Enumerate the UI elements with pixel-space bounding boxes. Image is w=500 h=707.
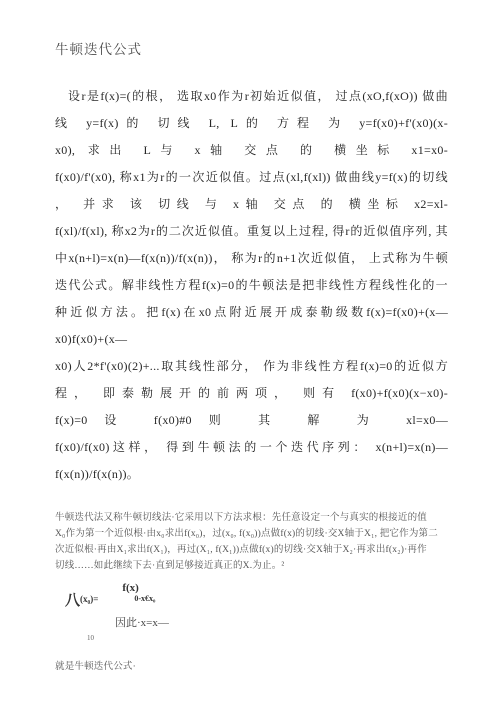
- main-text-line: x0)f(x0)+(x—: [55, 326, 448, 353]
- page-title: 牛顿迭代公式: [55, 38, 448, 58]
- formula-subscript-note: 10: [87, 634, 448, 642]
- main-text-line: 迭代公式。解非线性方程f(x)=0的牛顿法是把非线性方程线性化的一: [55, 272, 448, 299]
- main-text-line: f(x)=0设 f(x0)#0则 其 解 为 xl=x0—: [55, 407, 448, 434]
- main-text-line: f(x0)/f(x0)这样， 得到牛顿法的一个迭代序列： x(n+l)=x(n)…: [55, 434, 448, 461]
- main-text-line: ， 并求 该 切线 与 x轴 交点 的 横坐标 x2=xl-: [55, 191, 448, 218]
- footnote-text-line: 牛顿迭代法又称牛顿切线法·它采用以下方法求根：先任意设定一个与真实的根接近的值: [55, 510, 467, 526]
- main-text-line: 种近似方法。把f(x)在x0点附近展开成泰勒级数f(x)=f(x0)+(x—: [55, 299, 448, 326]
- main-text-line: 中x(n+l)=x(n)—f(x(n))/f(x(n))， 称为r的n+1次近似…: [55, 245, 448, 272]
- footnote-text-line: 切线……如此继续下去·直到足够接近真正的X.为止。²: [55, 558, 467, 574]
- main-text-line: f(xl)/f(xl), 称x2为r的二次近似值。重复以上过程, 得r的近似值序…: [55, 218, 448, 245]
- formula-left-hand-side: 八(x₀)=: [65, 589, 98, 610]
- formula-fraction: f(x) 0-x€x₀: [122, 582, 155, 604]
- document-page: 牛顿迭代公式 设r是f(x)=(的根， 选取x0作为r初始近似值， 过点(xO,…: [0, 0, 500, 707]
- footnote-paragraph: 牛顿迭代法又称牛顿切线法·它采用以下方法求根：先任意设定一个与真实的根接近的值X…: [55, 510, 467, 574]
- main-text-line: 设r是f(x)=(的根， 选取x0作为r初始近似值， 过点(xO,f(xO)) …: [55, 83, 448, 110]
- formula-denominator: 0-x€x₀: [122, 594, 155, 604]
- main-text-line: x0), 求出 L与 x轴 交点 的 横坐标 x1=x0-: [55, 137, 448, 164]
- main-text-line: f(x0)/f'(x0), 称x1为r的一次近似值。过点(xl,f(xl)) 做…: [55, 164, 448, 191]
- main-text-line: f(x(n))/f(x(n))。: [55, 461, 448, 488]
- formula-symbol: 八: [65, 593, 80, 609]
- formula-numerator: f(x): [122, 582, 155, 594]
- main-text-line: x0)人2*f'(x0)(2)+...取其线性部分， 作为非线性方程f(x)=0…: [55, 353, 448, 380]
- main-text-line: 线 y=f(x)的 切线 L, L的 方程 为 y=f(x0)+f'(x0)(x…: [55, 110, 448, 137]
- formula-argument: (x₀)=: [80, 594, 98, 604]
- formula-block: 八(x₀)= f(x) 0-x€x₀: [65, 582, 448, 610]
- formula-conclusion: 因此·x=x—: [115, 614, 448, 630]
- footnote-text-line: 次近似根·再由X₁求出f(X₁)，再过(X₁, f(X₁))点做f(x)的切线·…: [55, 542, 467, 558]
- footnote-text-line: X₀作为第一个近似根·由x₀求出f(x₀)，过(x₀, f(x₀))点做f(x)…: [55, 526, 467, 542]
- closing-line: 就是牛顿迭代公式·: [55, 658, 448, 672]
- main-text-line: 程， 即泰勒展开的前两项， 则有 f(x0)+f(x0)(x−x0)-: [55, 380, 448, 407]
- main-paragraph: 设r是f(x)=(的根， 选取x0作为r初始近似值， 过点(xO,f(xO)) …: [55, 83, 448, 488]
